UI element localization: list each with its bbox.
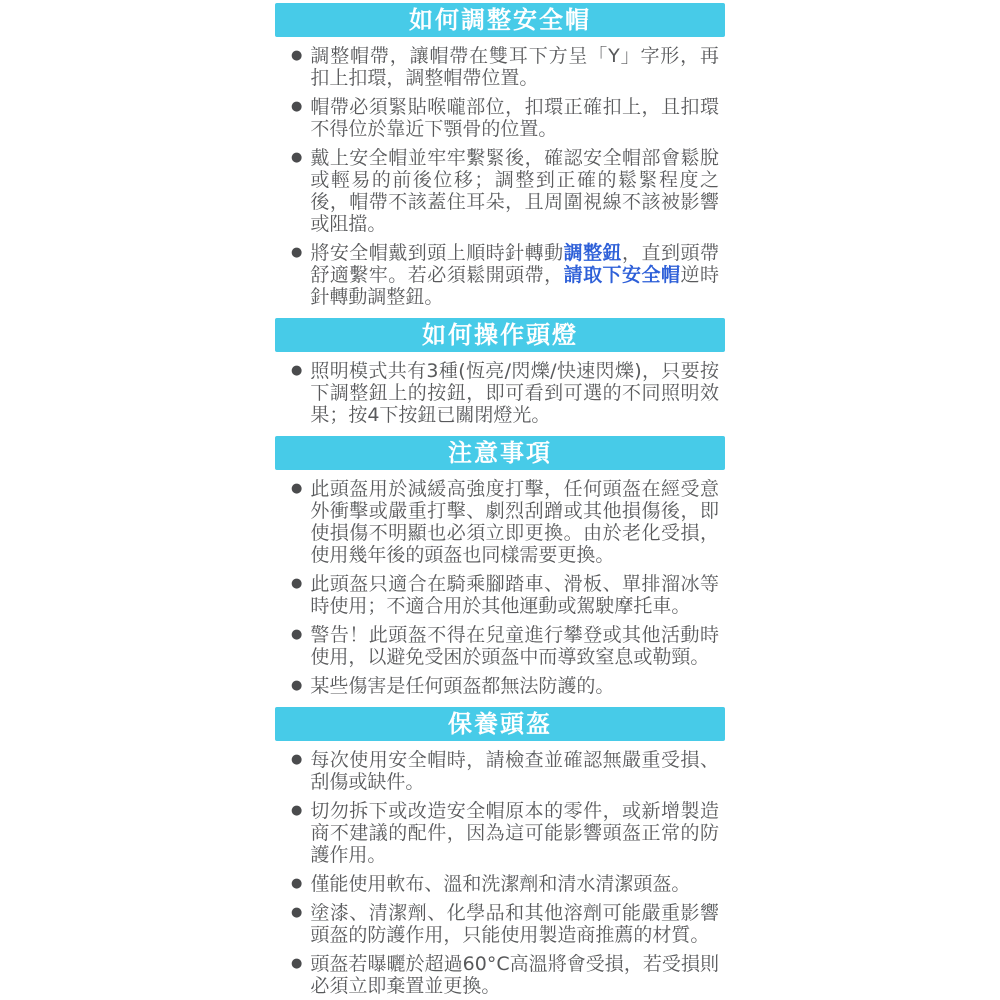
bullet-item: ● 每次使用安全帽時，請檢查並確認無嚴重受損、刮傷或缺件。 [291,749,719,793]
bullet-item: ● 將安全帽戴到頭上順時針轉動調整鈕，直到頭帶舒適繫牢。若必須鬆開頭帶，請取下安… [291,242,719,308]
bullet-item: ● 帽帶必須緊貼喉嚨部位，扣環正確扣上，且扣環不得位於靠近下顎骨的位置。 [291,96,719,140]
bullet-item: ● 此頭盔用於減緩高強度打擊，任何頭盔在經受意外衝擊或嚴重打擊、劇烈刮蹭或其他損… [291,478,719,566]
bullet-text: 此頭盔只適合在騎乘腳踏車、滑板、單排溜冰等時使用；不適合用於其他運動或駕駛摩托車… [310,573,719,617]
helmet-instructions-page: 如何調整安全帽 ● 調整帽帶，讓帽帶在雙耳下方呈「Y」字形，再扣上扣環，調整帽帶… [0,0,1000,1000]
section-header-precautions: 注意事項 [275,436,725,470]
bullet-item: ● 塗漆、清潔劑、化學品和其他溶劑可能嚴重影響頭盔的防護作用，只能使用製造商推薦… [291,902,719,946]
highlight-adjust-knob-text: 調整鈕 [564,242,622,264]
bullet-item: ● 照明模式共有3種(恆亮/閃爍/快速閃爍)，只要按下調整鈕上的按鈕，即可看到可… [291,360,719,426]
bullet-text: 戴上安全帽並牢牢繫緊後，確認安全帽部會鬆脫或輕易的前後位移；調整到正確的鬆緊程度… [310,147,719,235]
bullet-list: ● 調整帽帶，讓帽帶在雙耳下方呈「Y」字形，再扣上扣環，調整帽帶位置。 ● 帽帶… [275,45,725,308]
section-header-operate-headlamp: 如何操作頭燈 [275,318,725,352]
bullet-list: ● 每次使用安全帽時，請檢查並確認無嚴重受損、刮傷或缺件。 ● 切勿拆下或改造安… [275,749,725,997]
bullet-text: 切勿拆下或改造安全帽原本的零件，或新增製造商不建議的配件，因為這可能影響頭盔正常… [310,800,719,866]
bullet-icon: ● [291,749,302,771]
bullet-item: ● 調整帽帶，讓帽帶在雙耳下方呈「Y」字形，再扣上扣環，調整帽帶位置。 [291,45,719,89]
bullet-item: ● 切勿拆下或改造安全帽原本的零件，或新增製造商不建議的配件，因為這可能影響頭盔… [291,800,719,866]
content-column: 如何調整安全帽 ● 調整帽帶，讓帽帶在雙耳下方呈「Y」字形，再扣上扣環，調整帽帶… [275,0,725,997]
bullet-text: 此頭盔用於減緩高強度打擊，任何頭盔在經受意外衝擊或嚴重打擊、劇烈刮蹭或其他損傷後… [310,478,719,566]
bullet-item: ● 警告！此頭盔不得在兒童進行攀登或其他活動時使用，以避免受困於頭盔中而導致窒息… [291,624,719,668]
bullet-icon: ● [291,478,302,500]
bullet-icon: ● [291,800,302,822]
bullet-text: 每次使用安全帽時，請檢查並確認無嚴重受損、刮傷或缺件。 [310,749,719,793]
bullet-text: 調整帽帶，讓帽帶在雙耳下方呈「Y」字形，再扣上扣環，調整帽帶位置。 [310,45,719,89]
bullet-text: 照明模式共有3種(恆亮/閃爍/快速閃爍)，只要按下調整鈕上的按鈕，即可看到可選的… [310,360,719,426]
bullet-icon: ● [291,953,302,975]
bullet-list: ● 照明模式共有3種(恆亮/閃爍/快速閃爍)，只要按下調整鈕上的按鈕，即可看到可… [275,360,725,426]
bullet-icon: ● [291,242,302,264]
bullet-text: 僅能使用軟布、溫和洗潔劑和清水清潔頭盔。 [310,873,719,895]
bullet-icon: ● [291,360,302,382]
bullet-icon: ● [291,147,302,169]
bullet-item: ● 戴上安全帽並牢牢繫緊後，確認安全帽部會鬆脫或輕易的前後位移；調整到正確的鬆緊… [291,147,719,235]
section-precautions: 注意事項 ● 此頭盔用於減緩高強度打擊，任何頭盔在經受意外衝擊或嚴重打擊、劇烈刮… [275,436,725,697]
bullet-text: 某些傷害是任何頭盔都無法防護的。 [310,675,719,697]
bullet-text: 警告！此頭盔不得在兒童進行攀登或其他活動時使用，以避免受困於頭盔中而導致窒息或勒… [310,624,719,668]
bullet-icon: ● [291,624,302,646]
bullet-icon: ● [291,873,302,895]
section-adjust-helmet: 如何調整安全帽 ● 調整帽帶，讓帽帶在雙耳下方呈「Y」字形，再扣上扣環，調整帽帶… [275,3,725,308]
bullet-text: 塗漆、清潔劑、化學品和其他溶劑可能嚴重影響頭盔的防護作用，只能使用製造商推薦的材… [310,902,719,946]
bullet-list: ● 此頭盔用於減緩高強度打擊，任何頭盔在經受意外衝擊或嚴重打擊、劇烈刮蹭或其他損… [275,478,725,697]
bullet-icon: ● [291,675,302,697]
bullet-text-rich: 將安全帽戴到頭上順時針轉動調整鈕，直到頭帶舒適繫牢。若必須鬆開頭帶，請取下安全帽… [310,242,719,308]
bullet-item: ● 某些傷害是任何頭盔都無法防護的。 [291,675,719,697]
rich-text-part: 將安全帽戴到頭上順時針轉動 [310,242,563,264]
highlight-remove-helmet-text: 請取下安全帽 [564,264,681,286]
bullet-icon: ● [291,573,302,595]
bullet-text: 頭盔若曝曬於超過60°C高溫將會受損，若受損則必須立即棄置並更換。 [310,953,719,997]
section-header-adjust-helmet: 如何調整安全帽 [275,3,725,37]
bullet-icon: ● [291,96,302,118]
bullet-icon: ● [291,902,302,924]
bullet-icon: ● [291,45,302,67]
section-operate-headlamp: 如何操作頭燈 ● 照明模式共有3種(恆亮/閃爍/快速閃爍)，只要按下調整鈕上的按… [275,318,725,426]
bullet-item: ● 此頭盔只適合在騎乘腳踏車、滑板、單排溜冰等時使用；不適合用於其他運動或駕駛摩… [291,573,719,617]
section-maintenance: 保養頭盔 ● 每次使用安全帽時，請檢查並確認無嚴重受損、刮傷或缺件。 ● 切勿拆… [275,707,725,997]
section-header-maintenance: 保養頭盔 [275,707,725,741]
bullet-item: ● 頭盔若曝曬於超過60°C高溫將會受損，若受損則必須立即棄置並更換。 [291,953,719,997]
bullet-item: ● 僅能使用軟布、溫和洗潔劑和清水清潔頭盔。 [291,873,719,895]
bullet-text: 帽帶必須緊貼喉嚨部位，扣環正確扣上，且扣環不得位於靠近下顎骨的位置。 [310,96,719,140]
